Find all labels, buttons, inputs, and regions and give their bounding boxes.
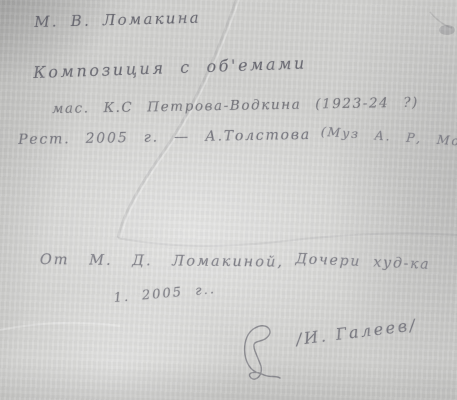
signature-flourish-icon [234,316,296,388]
inscription-photo: М. В. Ломакина Композиция с об'емами мас… [0,0,457,400]
inscription-provenance-line: От М. Д. Ломакиной, [40,252,284,271]
